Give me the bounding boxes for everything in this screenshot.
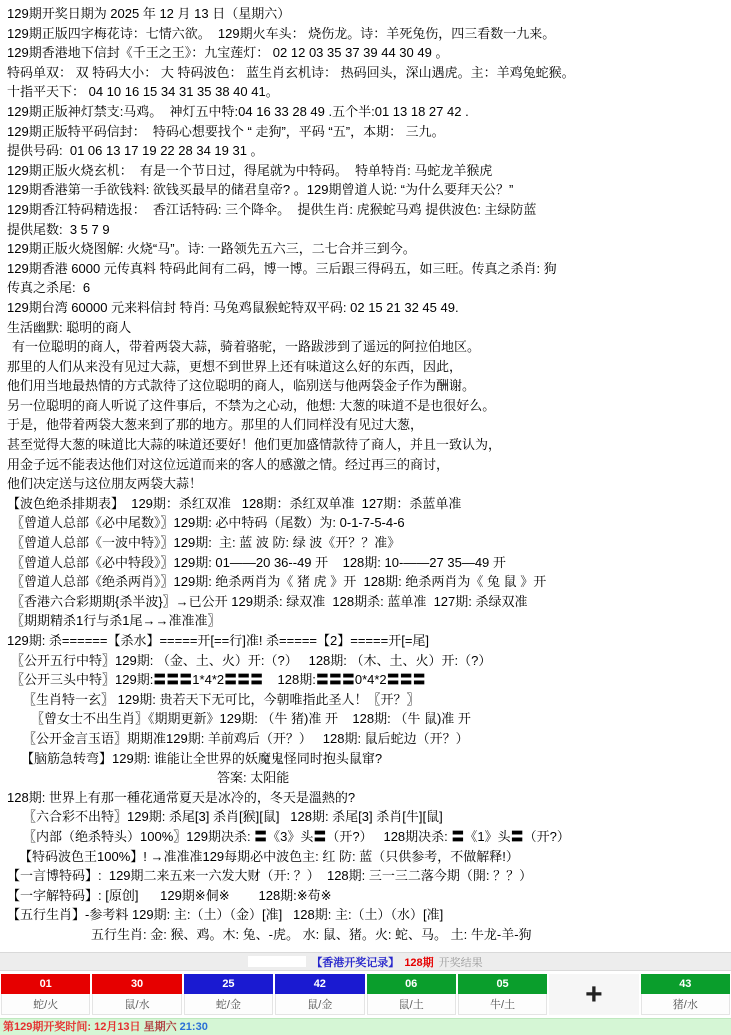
hk-record-link[interactable]: 【香港开奖记录】 bbox=[311, 954, 399, 970]
text-line: 传真之杀尾: 6 bbox=[7, 278, 731, 298]
ball-zodiac-element: 牛/土 bbox=[458, 994, 547, 1015]
record-bar: 【香港开奖记录】 128期 开奖结果 bbox=[0, 952, 731, 971]
text-line: 〖生肖特一玄〗 129期: 贵若天下无可比，今朝唯指此圣人！〖开？〗 bbox=[7, 690, 731, 710]
text-line: 五行生肖: 金: 猴、鸡。木: 兔、-虎。 水: 鼠、猪。火: 蛇、马。 土: … bbox=[7, 925, 731, 945]
text-line: 〖香港六合彩期期{杀半波}〗→已公开 129期杀: 绿双准 128期杀: 蓝单准… bbox=[7, 592, 731, 612]
text-line: 129期香江特码精选报： 香江话特码: 三个降伞。 提供生肖: 虎猴蛇马鸡 提供… bbox=[7, 200, 731, 220]
text-line: 提供尾数: 3 5 7 9 bbox=[7, 220, 731, 240]
ball-zodiac-element: 蛇/火 bbox=[1, 994, 90, 1015]
result-ball: 05牛/土 bbox=[458, 974, 547, 1015]
text-line: 〖曾道人总部《一波中特》〗129期: 主: 蓝 波 防: 绿 波《开？？准》 bbox=[7, 533, 731, 553]
text-line: 十指平天下： 04 10 16 15 34 31 35 38 40 41。 bbox=[7, 82, 731, 102]
text-line: 甚至觉得大葱的味道比大蒜的味道还要好！他们更加盛情款待了商人，并且一致认为， bbox=[7, 435, 731, 455]
text-line: 另一位聪明的商人听说了这件事后，不禁为之心动，他想: 大葱的味道不是也很好么。 bbox=[7, 396, 731, 416]
ball-zodiac-element: 鼠/金 bbox=[275, 994, 364, 1015]
text-line: 129期香港第一手欲钱料: 欲钱买最早的储君皇帝? 。129期曾道人说: “为什… bbox=[7, 180, 731, 200]
text-line: 〖曾道人总部《必中特段》〗129期: 01——20 36--49 开 128期:… bbox=[7, 553, 731, 573]
result-ball: 25蛇/金 bbox=[184, 974, 273, 1015]
text-line: 129期正版火烧图解: 火烧“马”。诗: 一路领先五六三，二七合并三到今。 bbox=[7, 239, 731, 259]
ball-number: 42 bbox=[275, 974, 364, 994]
text-line: 特码单双： 双 特码大小： 大 特码波色： 蓝生肖玄机诗： 热码回头，深山遇虎。… bbox=[7, 63, 731, 83]
text-line: 129期正版火烧玄机： 有是一个节日过，得尾就为中特码。 特单特肖: 马蛇龙羊猴… bbox=[7, 161, 731, 181]
ball-zodiac-element: 猪/水 bbox=[641, 994, 730, 1015]
text-line: 他们用当地最热情的方式款待了这位聪明的商人，临别送与他两袋金子作为酬谢。 bbox=[7, 376, 731, 396]
text-line: 【五行生肖】-参考料 129期: 主:（土）（金）[准] 128期: 主:（土）… bbox=[7, 905, 731, 925]
text-line: 那里的人们从来没有见过大蒜，更想不到世界上还有味道这么好的东西，因此， bbox=[7, 357, 731, 377]
text-line: 〖六合彩不出特〗129期: 杀尾[3] 杀肖[猴][鼠] 128期: 杀尾[3]… bbox=[7, 807, 731, 827]
result-ball: 43猪/水 bbox=[641, 974, 730, 1015]
text-line: 129期: 杀======【杀水】=====开[==行]准! 杀=====【2】… bbox=[7, 631, 731, 651]
text-line: 他们决定送与这位朋友两袋大蒜！ bbox=[7, 474, 731, 494]
next-draw-weekday: 星期六 bbox=[144, 1021, 180, 1033]
main-text: 129期开奖日期为 2025 年 12 月 13 日（星期六）129期正版四字梅… bbox=[0, 0, 731, 952]
ball-zodiac-element: 鼠/水 bbox=[92, 994, 181, 1015]
text-line: 〖曾道人总部《绝杀两肖》〗129期: 绝杀两肖为《 猪 虎 》开 128期: 绝… bbox=[7, 572, 731, 592]
record-period: 128期 bbox=[404, 954, 433, 970]
text-line: 答案: 太阳能 bbox=[7, 768, 731, 788]
results-row: 01蛇/火30鼠/水25蛇/金42鼠/金06鼠/土05牛/土+43猪/水 bbox=[0, 971, 731, 1018]
result-ball: 42鼠/金 bbox=[275, 974, 364, 1015]
text-line: 【特码波色王100%】! →准准准129每期必中波色主: 红 防: 蓝（只供参考… bbox=[7, 847, 731, 867]
text-line: 129期台湾 60000 元来料信封 特肖: 马兔鸡鼠猴蛇特双平码: 02 15… bbox=[7, 298, 731, 318]
result-ball: 06鼠/土 bbox=[367, 974, 456, 1015]
result-ball: 30鼠/水 bbox=[92, 974, 181, 1015]
ball-zodiac-element: 蛇/金 bbox=[184, 994, 273, 1015]
ball-number: 05 bbox=[458, 974, 547, 994]
record-result-label: 开奖结果 bbox=[439, 954, 483, 970]
text-line: 于是，他带着两袋大葱来到了那的地方。那里的人们同样没有见过大葱， bbox=[7, 415, 731, 435]
text-line: 【波色绝杀排期表】 129期：杀红双准 128期：杀红双单准 127期：杀蓝单准 bbox=[7, 494, 731, 514]
text-line: 〖期期精杀1行与杀1尾→→准准准〗 bbox=[7, 611, 731, 631]
text-line: 129期正版神灯禁支:马鸡。 神灯五中特:04 16 33 28 49 .五个半… bbox=[7, 102, 731, 122]
result-ball: 01蛇/火 bbox=[1, 974, 90, 1015]
text-line: 用金子远不能表达他们对这位远道而来的客人的感激之情。经过再三的商讨， bbox=[7, 455, 731, 475]
text-line: 〖曾道人总部《必中尾数》〗129期: 必中特码（尾数）为: 0-1-7-5-4-… bbox=[7, 513, 731, 533]
text-line: 【一字解特码】: [原创] 129期※侗※ 128期:※苟※ bbox=[7, 886, 731, 906]
blank-box bbox=[248, 956, 306, 967]
text-line: 129期香港地下信封《千王之王》：九宝莲灯： 02 12 03 35 37 39… bbox=[7, 43, 731, 63]
text-line: 〖内部（绝杀特头）100%〗129期决杀: 〓《3》头〓（开?） 128期决杀:… bbox=[7, 827, 731, 847]
text-line: 129期香港 6000 元传真料 特码此间有二码，博一博。三后跟三得码五，如三旺… bbox=[7, 259, 731, 279]
text-line: 〖公开五行中特〗129期: （金、土、火）开:（?） 128期: （木、土、火）… bbox=[7, 651, 731, 671]
text-line: 【一言博特码】: 129期二来五来一六发大财（开: ？） 128期: 三一三二落… bbox=[7, 866, 731, 886]
ball-number: 25 bbox=[184, 974, 273, 994]
text-line: 〖公开金言玉语〗期期准129期: 羊前鸡后（开？） 128期: 鼠后蛇边（开？） bbox=[7, 729, 731, 749]
text-line: 〖曾女士不出生肖〗《期期更新》129期: （牛 猪)准 开 128期: （牛 鼠… bbox=[7, 709, 731, 729]
text-line: 【脑筋急转弯】129期: 谁能让全世界的妖魔鬼怪同时抱头鼠窜? bbox=[7, 749, 731, 769]
text-line: 129期正版四字梅花诗：七情六欲。 129期火车头： 烧伤龙。诗：羊死兔伤，四三… bbox=[7, 24, 731, 44]
next-draw-bar: 第129期开奖时间: 12月13日 星期六 21:30 bbox=[0, 1018, 731, 1035]
text-line: 128期: 世界上有那一種花通常夏天是冰冷的，冬天是溫熱的? bbox=[7, 788, 731, 808]
text-line: 提供号码: 01 06 13 17 19 22 28 34 19 31 。 bbox=[7, 141, 731, 161]
ball-number: 30 bbox=[92, 974, 181, 994]
next-draw-label: 第129期开奖时间: bbox=[3, 1021, 94, 1033]
next-draw-time: 21:30 bbox=[180, 1021, 208, 1033]
text-line: 129期开奖日期为 2025 年 12 月 13 日（星期六） bbox=[7, 4, 731, 24]
text-line: 129期正版特平码信封： 特码心想要找个 “ 走狗”，平码 “五”，本期： 三九… bbox=[7, 122, 731, 142]
ball-zodiac-element: 鼠/土 bbox=[367, 994, 456, 1015]
text-line: 有一位聪明的商人，带着两袋大蒜，骑着骆驼，一路跋涉到了遥远的阿拉伯地区。 bbox=[7, 337, 731, 357]
text-line: 生活幽默: 聪明的商人 bbox=[7, 318, 731, 338]
ball-number: 01 bbox=[1, 974, 90, 994]
ball-number: 43 bbox=[641, 974, 730, 994]
plus-sign: + bbox=[549, 974, 638, 1015]
next-draw-date: 12月13日 bbox=[94, 1021, 144, 1033]
text-line: 〖公开三头中特〗129期:〓〓〓1*4*2〓〓〓 128期:〓〓〓0*4*2〓〓… bbox=[7, 670, 731, 690]
ball-number: 06 bbox=[367, 974, 456, 994]
